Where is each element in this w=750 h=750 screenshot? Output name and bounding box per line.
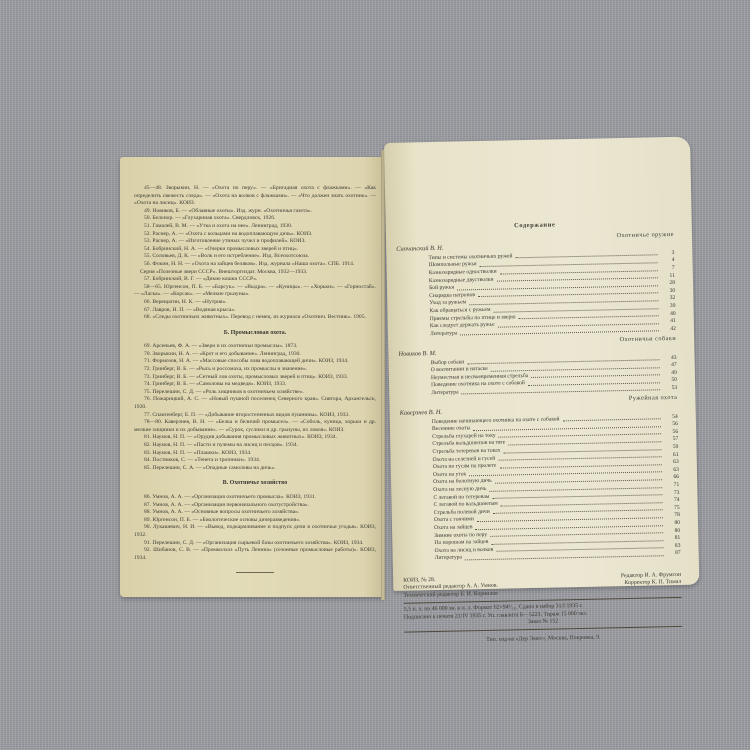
entry-number: 90. <box>144 524 151 530</box>
entry-number: 91. <box>144 540 151 546</box>
toc-page-number: 42 <box>662 326 676 334</box>
entry-text: Гринберг, В. Б. — «Сетный лов охоты, про… <box>152 374 348 380</box>
entry-number: 67. <box>144 307 151 313</box>
bibliography-entry: 88. Умнов, А. А. — «Основные вопросы охо… <box>134 509 376 517</box>
bibliography-entry: 58—65. Юргенсон, П. Б. — «Барсук». — «Вы… <box>134 284 376 299</box>
entry-number: 83. <box>144 450 151 456</box>
entry-text: Умнов, А. А. — «Организация первоначальн… <box>152 502 309 508</box>
entry-text: Юргенсон, П. Б. — «Биологические основы … <box>152 517 300 523</box>
bibliography-entry: 84. Постников, С. — «Тенета и тропники».… <box>134 457 376 465</box>
bibliography-entry: 81. Наумов, Н. П. — «Орудия добывания пр… <box>134 434 376 442</box>
entry-text: Наумов, Н. П. — «Пасти и пулемы на лисиц… <box>152 442 298 448</box>
table-of-contents: Охотничье оружиеСипчанский В. Н.Типы и с… <box>396 231 681 564</box>
entry-text: Пожарицкий, А. С. — «Новый пушной поселе… <box>134 396 376 410</box>
bibliography-entry: 90. Лукашевич, Н. И. — «Вывод, подкармли… <box>134 524 376 539</box>
toc-page-number: 87 <box>667 550 681 558</box>
entry-number: 66. <box>144 299 151 305</box>
entry-text: Лавров, Н. П. — «Водяная крыса». <box>152 307 235 313</box>
entry-number: 87. <box>144 502 151 508</box>
entry-number: 85. <box>144 465 151 471</box>
entry-text: Новиков, Б. — «Облавные охоты». Изд. жур… <box>152 208 312 214</box>
entry-number: 49. <box>144 208 151 214</box>
bibliography-entry: 86. Умнов, А. А. — «Организация охотничь… <box>134 494 376 502</box>
entry-number: 55. <box>144 253 151 259</box>
entry-number: 77. <box>144 412 151 418</box>
entry-text: Перелешин, С. Д. — «Роль хищников в охот… <box>152 389 303 395</box>
entry-text: Бобринский, Н. А. — «Очерки промысловых … <box>152 246 298 252</box>
bibliography-entry: 53. Раснер, А. — «Изготовление утиных чу… <box>134 238 376 246</box>
entry-text: Гамалей, В. М. — «Утка и охота на нее». … <box>152 223 292 229</box>
entry-number: 45—48. <box>144 185 162 191</box>
entry-text: Спангенберг, Е. П. — «Добывание второсте… <box>152 412 349 418</box>
toc-page-number: 53 <box>663 385 677 393</box>
entry-text: Зворыкин, Н. А. — «Крот и его добывание»… <box>152 351 300 357</box>
entry-number: 72. <box>144 366 151 372</box>
entry-number: 57. <box>144 276 151 282</box>
right-page-contents: Содержание Охотничье оружиеСипчанский В.… <box>384 137 699 591</box>
entry-number: 58—65. <box>144 284 162 290</box>
entry-text: Наумов, Н. П. — «Плашки». КОИЗ, 1934. <box>152 450 251 456</box>
entry-number: 89. <box>144 517 151 523</box>
entry-text: Постников, С. — «Тенета и тропники». 193… <box>152 457 260 463</box>
entry-number: 71. <box>144 358 151 364</box>
entry-text: Бобринский, В. Г. — «Дикие кошки СССР». <box>152 276 257 282</box>
entry-text: Фокин, Н. Н. — «Охота на зайцев беляков»… <box>152 261 354 267</box>
bibliography-entry: 56. Фокин, Н. Н. — «Охота на зайцев беля… <box>134 261 376 269</box>
bibliography-entry: 82. Наумов, Н. П. — «Пасти и пулемы на л… <box>134 442 376 450</box>
bibliography-entry: 68. «Следы охотничьих животных». Перевод… <box>134 314 376 322</box>
bibliography-entry: 50. Белонор. — «Глухариная охота». Сверд… <box>134 215 376 223</box>
section-v-heading: В. Охотничье хозяйство <box>134 480 376 488</box>
bibliography-entry: 45—48. Зворыкин, Н. — «Охота по перу». —… <box>134 185 376 208</box>
entry-number: 52. <box>144 231 151 237</box>
entry-text: Перелешин, С. Д. — «Организация сырьевой… <box>152 540 363 546</box>
entry-number: 76. <box>144 396 151 402</box>
left-page-bibliography: 45—48. Зворыкин, Н. — «Охота по перу». —… <box>120 157 384 597</box>
entry-text: Верещагин, Н. К. — «Нутрия». <box>152 299 226 305</box>
section-b-heading: Б. Промысловая охота. <box>134 330 376 338</box>
toc-entry-title: Литература <box>430 330 457 338</box>
entry-number: 70. <box>144 351 151 357</box>
dot-leader <box>465 555 664 560</box>
bibliography-entry: 69. Арсеньев, Ф. А. — «Звери и их охотни… <box>134 343 376 351</box>
entry-text: Раснер, А. — «Охота с кольцами на водопл… <box>152 231 312 237</box>
entry-number: 73. <box>144 374 151 380</box>
bibliography-entry: 51. Гамалей, В. М. — «Утка и охота на не… <box>134 223 376 231</box>
bibliography-entry: 49. Новиков, Б. — «Облавные охоты». Изд.… <box>134 208 376 216</box>
bibliography-entry: 92. Шибанов, С. В. — «Промколхоз «Путь Л… <box>134 547 376 562</box>
entry-text: Гринберг, В. Б. — «Рысь и россомаха, их … <box>152 366 307 372</box>
bibliography-list-b: 69. Арсеньев, Ф. А. — «Звери и их охотни… <box>134 343 376 472</box>
toc-entry-title: Литература <box>431 389 458 397</box>
entry-number: 82. <box>144 442 151 448</box>
bibliography-list-v: 86. Умнов, А. А. — «Организация охотничь… <box>134 494 376 562</box>
bibliography-entry: 91. Перелешин, С. Д. — «Организация сырь… <box>134 540 376 548</box>
entry-number: 50. <box>144 215 151 221</box>
entry-number: 86. <box>144 494 151 500</box>
entry-text: Наумов, Н. П. — «Орудия добывания промыс… <box>152 434 337 440</box>
entry-number: 92. <box>144 547 151 553</box>
entry-text: Каверзнев, В. Н. — «Белка и беличий пром… <box>134 419 376 433</box>
bibliography-entry: 55. Соловьев, Д. К. — «Волк и его истреб… <box>134 253 376 261</box>
bibliography-entry: 78—80. Каверзнев, В. Н. — «Белка и белич… <box>134 419 376 434</box>
bibliography-list-a-series: 57. Бобринский, В. Г. — «Дикие кошки ССС… <box>134 276 376 322</box>
bibliography-entry: 72. Гринберг, В. Б. — «Рысь и россомаха,… <box>134 366 376 374</box>
series-note: Серия «Полезные звери СССР». Внешторгизд… <box>140 269 376 277</box>
bibliography-entry: 74. Гринберг, В. Б. — «Самоловы на медве… <box>134 381 376 389</box>
entry-text: Перелешин, С. А. — «Опадные самоловы на … <box>152 465 275 471</box>
toc-title: Содержание <box>396 219 674 232</box>
entry-text: Формозов, Н. А. — «Массовые способы лова… <box>152 358 348 364</box>
entry-text: «Следы охотничьих животных». Перевод с н… <box>152 314 366 320</box>
entry-text: Раснер, А. — «Изготовление утиных чучел … <box>152 238 305 244</box>
entry-text: Гринберг, В. Б. — «Самоловы на медведя».… <box>152 381 286 387</box>
bibliography-entry: 57. Бобринский, В. Г. — «Дикие кошки ССС… <box>134 276 376 284</box>
bibliography-entry: 83. Наумов, Н. П. — «Плашки». КОИЗ, 1934… <box>134 450 376 458</box>
end-rule-divider <box>236 572 274 573</box>
bibliography-entry: 76. Пожарицкий, А. С. — «Новый пушной по… <box>134 396 376 411</box>
corrector: Корректор К. П. Тимал <box>624 579 681 588</box>
entry-text: Юргенсон, П. Б. — «Барсук». — «Выдра». —… <box>134 284 376 298</box>
entry-number: 69. <box>144 343 151 349</box>
toc-entry-title: Охота на лисиц и волков <box>434 547 493 556</box>
bibliography-entry: 67. Лавров, Н. П. — «Водяная крыса». <box>134 307 376 315</box>
entry-number: 74. <box>144 381 151 387</box>
bibliography-entry: 71. Формозов, Н. А. — «Массовые способы … <box>134 358 376 366</box>
entry-number: 68. <box>144 314 151 320</box>
entry-text: Белонор. — «Глухариная охота». Свердловс… <box>152 215 275 221</box>
entry-number: 75. <box>144 389 151 395</box>
entry-text: Шибанов, С. В. — «Промколхоз «Путь Ленин… <box>134 547 376 561</box>
entry-text: Арсеньев, Ф. А. — «Звери и их охотничьи … <box>152 343 297 349</box>
entry-number: 84. <box>144 457 151 463</box>
entry-number: 51. <box>144 223 151 229</box>
entry-number: 88. <box>144 509 151 515</box>
entry-text: Умнов, А. А. — «Основные вопросы охотнич… <box>152 509 299 515</box>
entry-text: Соловьев, Д. К. — «Волк и его истреблени… <box>152 253 309 259</box>
bibliography-entry: 85. Перелешин, С. А. — «Опадные самоловы… <box>134 465 376 473</box>
entry-text: Умнов, А. А. — «Организация охотничьего … <box>152 494 316 500</box>
entry-number: 54. <box>144 246 151 252</box>
toc-entry-title: Как следует держать ружье <box>430 322 495 331</box>
entry-number: 56. <box>144 261 151 267</box>
entry-number: 78—80. <box>144 419 162 425</box>
entry-number: 81. <box>144 434 151 440</box>
dot-leader <box>460 331 659 336</box>
imprint-block: КОИЗ, № 28. Редактор И. А. Фрумсон Ответ… <box>403 572 682 647</box>
dot-leader <box>462 390 661 395</box>
bibliography-entry: 89. Юргенсон, П. Б. — «Биологические осн… <box>134 517 376 525</box>
printing-house: Тип. изд-ва «Дер Эмес», Москва, Покровка… <box>404 633 682 646</box>
entry-text: Зворыкин, Н. — «Охота по перу». — «Брига… <box>134 185 376 206</box>
entry-text: Лукашевич, Н. И. — «Вывод, подкармливани… <box>134 524 376 538</box>
book-spine <box>381 150 385 600</box>
bibliography-list-a-continued: 45—48. Зворыкин, Н. — «Охота по перу». —… <box>134 185 376 269</box>
entry-number: 53. <box>144 238 151 244</box>
toc-entry-title: Литература <box>435 555 462 563</box>
bibliography-entry: 66. Верещагин, Н. К. — «Нутрия». <box>134 299 376 307</box>
